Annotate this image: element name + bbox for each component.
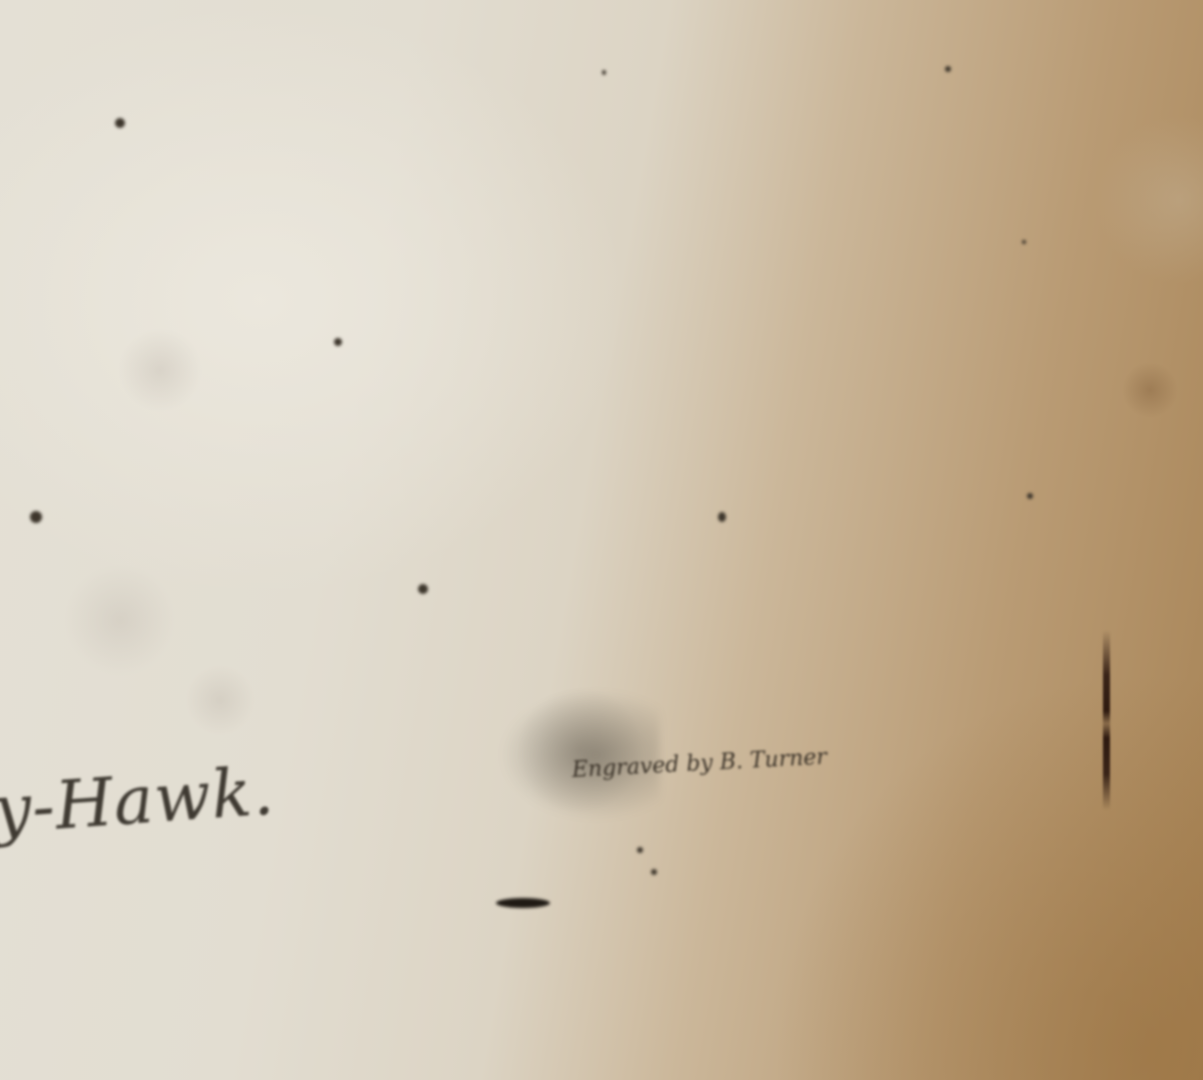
paper-stain-mottle xyxy=(0,0,1203,1080)
aged-print-photo: y-Hawk. Engraved by B. Turner xyxy=(0,0,1203,1080)
foxing-spot xyxy=(945,66,951,72)
foxing-spot xyxy=(651,869,657,875)
foxing-spot xyxy=(1027,493,1033,499)
foxing-spot xyxy=(718,512,726,522)
foxing-spot xyxy=(602,70,606,75)
foxing-spot xyxy=(334,338,342,346)
paper-crease xyxy=(1103,630,1110,810)
foxing-spot xyxy=(637,847,643,853)
foxing-spot xyxy=(30,511,42,523)
foxing-spot xyxy=(1022,240,1026,244)
ink-blot xyxy=(496,898,550,908)
foxing-spot xyxy=(418,584,428,594)
foxing-spot xyxy=(115,118,125,128)
